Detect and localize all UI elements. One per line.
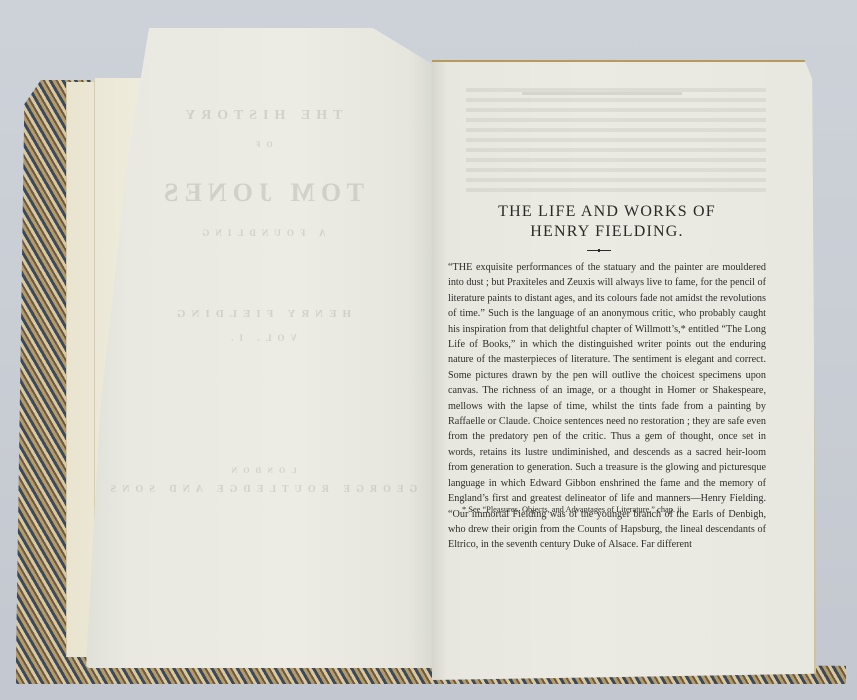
title-line-2: HENRY FIELDING. [432,222,782,242]
ghost-text: THE HISTORY [86,108,436,124]
ghost-text: OF [86,140,436,149]
ghost-text: A FOUNDLING [86,228,436,238]
ghost-text: TOM JONES [86,178,436,208]
ghost-text: HENRY FIELDING [86,308,436,320]
footnote: * See “Pleasures, Objects, and Advantage… [462,505,762,514]
title-line-1: THE LIFE AND WORKS OF [432,202,782,222]
ghost-text: VOL. I. [86,333,436,343]
right-page-text[interactable]: THE LIFE AND WORKS OF HENRY FIELDING. “T… [432,60,816,680]
text-showthrough [466,88,766,198]
chapter-title: THE LIFE AND WORKS OF HENRY FIELDING. [432,202,782,242]
ghost-text: GEORGE ROUTLEDGE AND SONS [86,484,436,495]
ghost-text: LONDON [86,466,436,475]
open-book-photo: THE HISTORY OF TOM JONES A FOUNDLING HEN… [0,0,857,700]
left-page-title-verso[interactable]: THE HISTORY OF TOM JONES A FOUNDLING HEN… [86,28,436,668]
title-ornament-rule [587,250,611,251]
